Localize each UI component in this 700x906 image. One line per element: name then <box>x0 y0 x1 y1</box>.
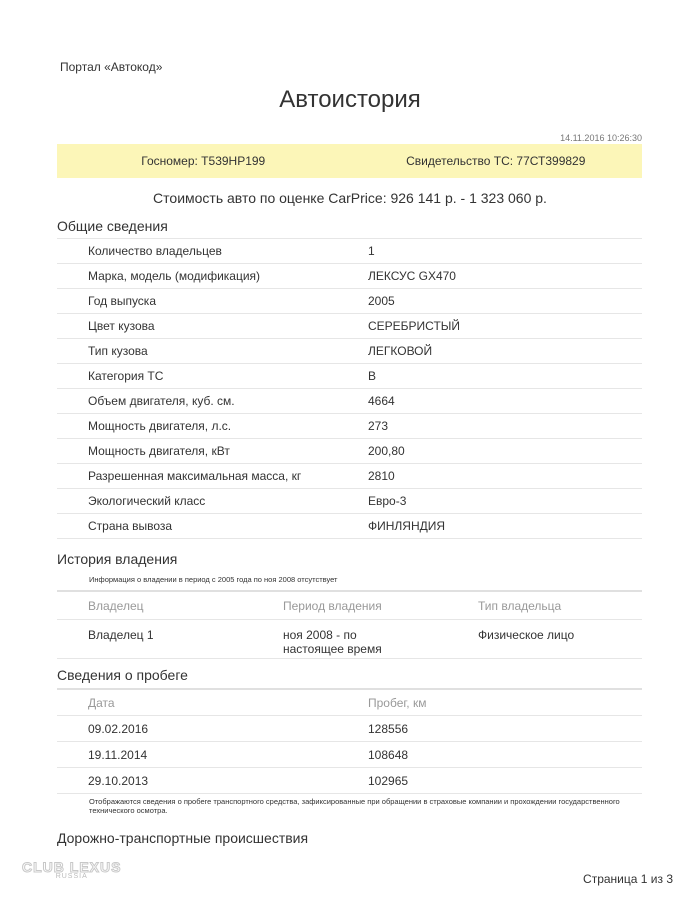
table-row: Количество владельцев1 <box>57 239 642 264</box>
period-cell: ноя 2008 - по настоящее время <box>252 628 447 658</box>
table-row: Владелец 1 ноя 2008 - по настоящее время… <box>57 619 642 659</box>
table-header-row: Дата Пробег, км <box>57 688 642 715</box>
gosnomer: Госномер: Т539НР199 <box>57 154 350 168</box>
row-label: Категория ТС <box>57 364 368 389</box>
row-value: 2005 <box>368 289 642 314</box>
row-value: ЛЕКСУС GX470 <box>368 264 642 289</box>
date-cell: 29.10.2013 <box>57 774 368 788</box>
row-label: Марка, модель (модификация) <box>57 264 368 289</box>
row-value: ФИНЛЯНДИЯ <box>368 514 642 539</box>
row-value: 4664 <box>368 389 642 414</box>
row-label: Разрешенная максимальная масса, кг <box>57 464 368 489</box>
section-title-general: Общие сведения <box>57 218 168 234</box>
col-header: Владелец <box>57 599 252 613</box>
table-row: 19.11.2014 108648 <box>57 741 642 767</box>
owner-cell: Владелец 1 <box>57 628 252 658</box>
portal-label: Портал «Автокод» <box>60 60 162 74</box>
row-label: Экологический класс <box>57 489 368 514</box>
table-row: Мощность двигателя, кВт200,80 <box>57 439 642 464</box>
row-label: Количество владельцев <box>57 239 368 264</box>
col-header: Период владения <box>252 599 447 613</box>
row-value: Евро-3 <box>368 489 642 514</box>
section-title-mileage: Сведения о пробеге <box>57 667 188 683</box>
owner-type-cell: Физическое лицо <box>447 628 642 658</box>
ownership-note: Информация о владении в период с 2005 го… <box>89 575 338 584</box>
km-cell: 128556 <box>368 722 408 736</box>
vehicle-ids-bar: Госномер: Т539НР199 Свидетельство ТС: 77… <box>57 144 642 178</box>
row-label: Мощность двигателя, кВт <box>57 439 368 464</box>
row-label: Цвет кузова <box>57 314 368 339</box>
table-row: Марка, модель (модификация)ЛЕКСУС GX470 <box>57 264 642 289</box>
col-header: Тип владельца <box>447 599 642 613</box>
table-row: Год выпуска2005 <box>57 289 642 314</box>
carprice-estimate: Стоимость авто по оценке CarPrice: 926 1… <box>0 190 700 206</box>
row-value: 273 <box>368 414 642 439</box>
km-cell: 102965 <box>368 774 408 788</box>
col-header: Дата <box>57 696 368 710</box>
row-label: Год выпуска <box>57 289 368 314</box>
general-info-table: Количество владельцев1 Марка, модель (мо… <box>57 238 642 539</box>
table-row: Объем двигателя, куб. см.4664 <box>57 389 642 414</box>
row-value: СЕРЕБРИСТЫЙ <box>368 314 642 339</box>
club-lexus-logo: CLUB LEXUS RUSSIA <box>22 859 121 880</box>
row-label: Мощность двигателя, л.с. <box>57 414 368 439</box>
row-label: Объем двигателя, куб. см. <box>57 389 368 414</box>
row-value: ЛЕГКОВОЙ <box>368 339 642 364</box>
section-title-ownership: История владения <box>57 551 177 567</box>
row-label: Страна вывоза <box>57 514 368 539</box>
page-title: Автоистория <box>0 86 700 114</box>
row-value: B <box>368 364 642 389</box>
mileage-note: Отображаются сведения о пробеге транспор… <box>89 797 629 815</box>
row-value: 1 <box>368 239 642 264</box>
ownership-table: Владелец Период владения Тип владельца В… <box>57 590 642 659</box>
table-row: Цвет кузоваСЕРЕБРИСТЫЙ <box>57 314 642 339</box>
report-timestamp: 14.11.2016 10:26:30 <box>560 133 642 143</box>
table-row: 09.02.2016 128556 <box>57 715 642 741</box>
table-row: Мощность двигателя, л.с.273 <box>57 414 642 439</box>
svidetelstvo: Свидетельство ТС: 77СТ399829 <box>350 154 643 168</box>
col-header: Пробег, км <box>368 696 426 710</box>
km-cell: 108648 <box>368 748 408 762</box>
table-row: Разрешенная максимальная масса, кг2810 <box>57 464 642 489</box>
date-cell: 09.02.2016 <box>57 722 368 736</box>
table-row: Экологический классЕвро-3 <box>57 489 642 514</box>
row-value: 200,80 <box>368 439 642 464</box>
mileage-table: Дата Пробег, км 09.02.2016 128556 19.11.… <box>57 688 642 794</box>
page-indicator: Страница 1 из 3 <box>583 872 673 886</box>
table-row: Страна вывозаФИНЛЯНДИЯ <box>57 514 642 539</box>
section-title-accidents: Дорожно-транспортные происшествия <box>57 830 308 846</box>
table-row: Тип кузоваЛЕГКОВОЙ <box>57 339 642 364</box>
table-header-row: Владелец Период владения Тип владельца <box>57 590 642 619</box>
table-row: 29.10.2013 102965 <box>57 767 642 794</box>
row-value: 2810 <box>368 464 642 489</box>
row-label: Тип кузова <box>57 339 368 364</box>
date-cell: 19.11.2014 <box>57 748 368 762</box>
table-row: Категория ТСB <box>57 364 642 389</box>
